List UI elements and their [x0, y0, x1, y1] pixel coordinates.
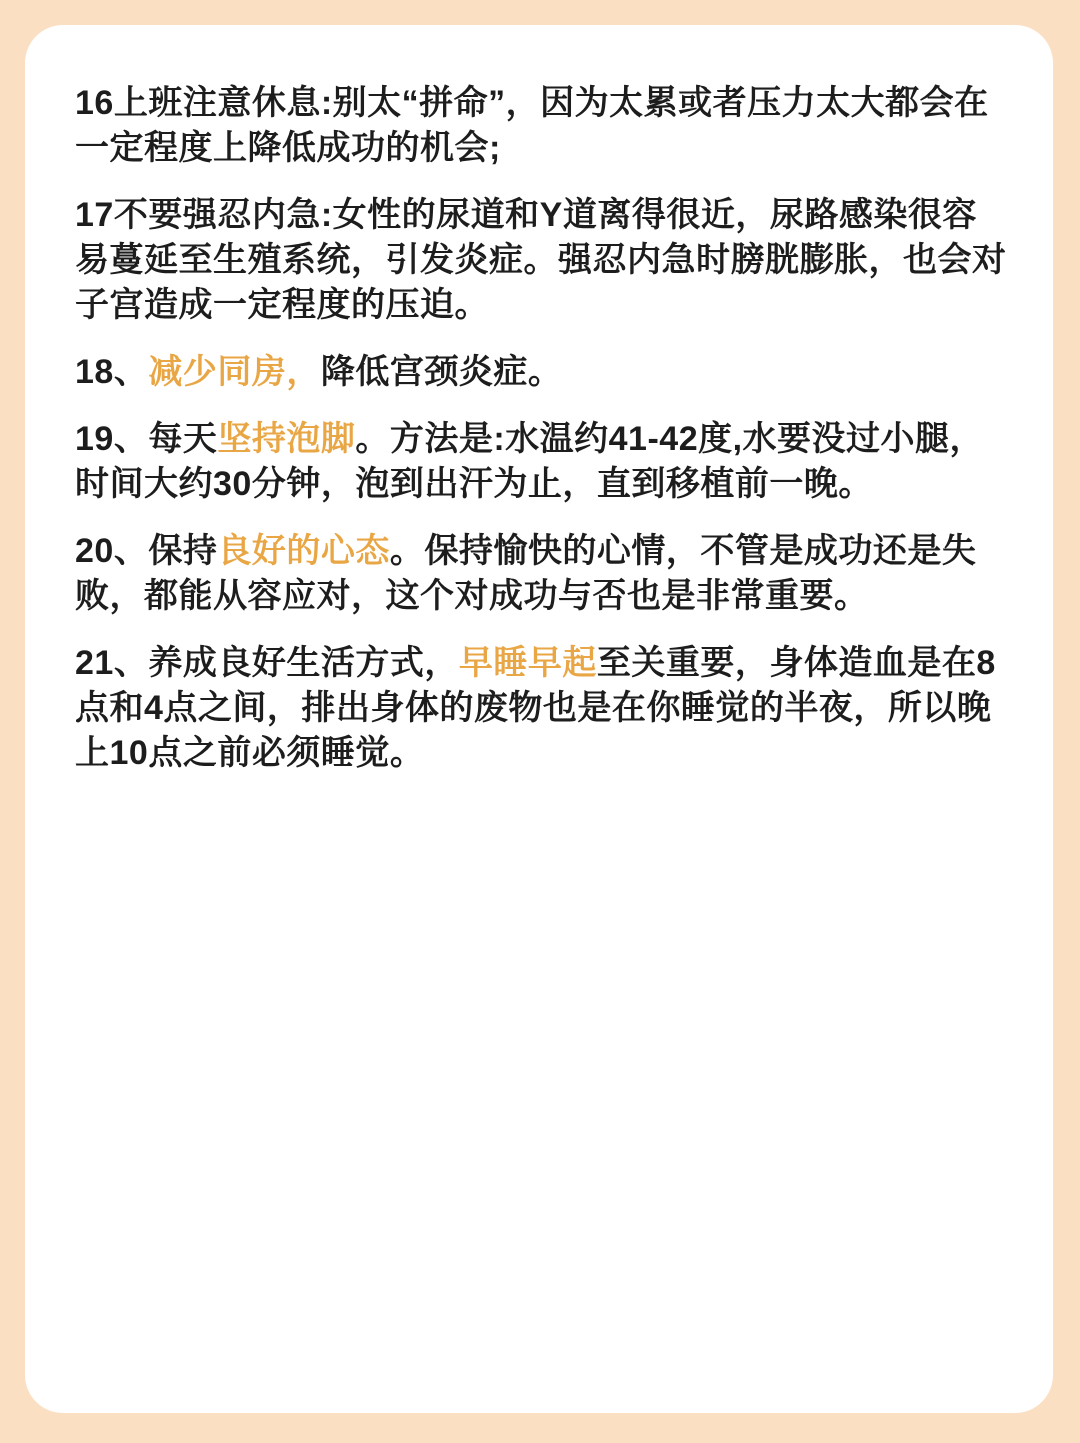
- highlighted-text: 良好的心态: [217, 532, 390, 570]
- text-segment: 19、每天: [75, 420, 217, 458]
- highlighted-text: 早睡早起: [459, 644, 597, 682]
- paragraph: 16上班注意休息:别太“拼命”，因为太累或者压力太大都会在一定程度上降低成功的机…: [75, 81, 1007, 171]
- highlighted-text: 坚持泡脚: [217, 420, 355, 458]
- text-segment: 18、: [75, 353, 148, 391]
- paragraph: 19、每天坚持泡脚。方法是:水温约41-42度,水要没过小腿，时间大约30分钟，…: [75, 417, 1007, 507]
- document-card: 16上班注意休息:别太“拼命”，因为太累或者压力太大都会在一定程度上降低成功的机…: [25, 25, 1053, 1413]
- text-segment: 20、保持: [75, 532, 217, 570]
- highlighted-text: 减少同房，: [148, 353, 321, 391]
- page-background: { "page": { "background_color": "#fbdfc2…: [0, 0, 1080, 1443]
- text-segment: 17不要强忍内急:女性的尿道和Y道离得很近，尿路感染很容易蔓延至生殖系统，引发炎…: [75, 196, 1007, 324]
- text-segment: 降低宫颈炎症。: [321, 353, 563, 391]
- paragraph: 20、保持良好的心态。保持愉快的心情，不管是成功还是失败，都能从容应对，这个对成…: [75, 529, 1007, 619]
- text-segment: 21、养成良好生活方式，: [75, 644, 459, 682]
- paragraph: 18、减少同房，降低宫颈炎症。: [75, 350, 1007, 395]
- text-segment: 16上班注意休息:别太“拼命”，因为太累或者压力太大都会在一定程度上降低成功的机…: [75, 84, 989, 167]
- paragraph: 17不要强忍内急:女性的尿道和Y道离得很近，尿路感染很容易蔓延至生殖系统，引发炎…: [75, 193, 1007, 328]
- text-content: 16上班注意休息:别太“拼命”，因为太累或者压力太大都会在一定程度上降低成功的机…: [25, 25, 1053, 776]
- paragraph: 21、养成良好生活方式，早睡早起至关重要，身体造血是在8点和4点之间，排出身体的…: [75, 641, 1007, 776]
